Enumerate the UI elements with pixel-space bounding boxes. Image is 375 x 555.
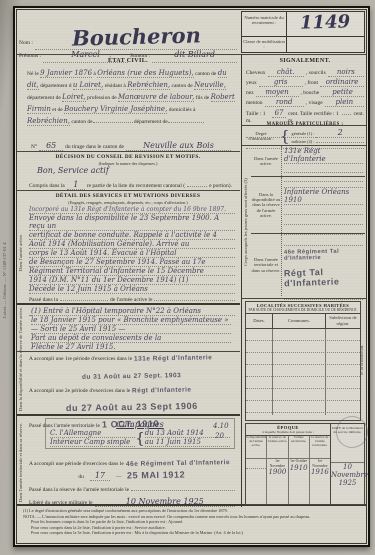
value-domicile: Rebréchien,: [27, 117, 70, 126]
compris-line: Compris dans la 1 re partie de la liste …: [29, 180, 233, 190]
tirage-no-label: N°: [31, 144, 37, 151]
taille-value: 67: [272, 109, 286, 118]
service-line: Décédé le 12 Juin 1915 à Orléans: [29, 285, 235, 294]
label-dept3: département de: [134, 119, 168, 125]
passe-blank-1: [60, 294, 108, 301]
campagnes-margin-2: 20: [215, 432, 224, 440]
campagne-1: C. l'Allemagne: [50, 429, 135, 438]
localites-empty-row: [246, 353, 360, 365]
label-ne: Né le: [27, 71, 39, 77]
blank-canton3: [93, 116, 133, 123]
decision-title: DÉCISION DU CONSEIL DE REVISION ET MOTIF…: [15, 154, 241, 160]
periode2-corps-stamp: Régt d'Infanterie: [132, 386, 192, 394]
degre-block: Degré d'instruction : { générale (1) : 2…: [244, 127, 364, 145]
etat-civil-title: ÉTAT CIVIL.: [15, 58, 241, 64]
degre-militaire-label: militaire (2) :: [292, 139, 315, 144]
front-value: ordinaire: [320, 78, 364, 87]
margin-territoriale: Dans l'armée territoriale et dans sa rés…: [18, 420, 23, 504]
corps-active-label: Dans l'armée active.: [251, 146, 282, 176]
corps-territoriale-label: Dans l'armée territoriale et dans sa rés…: [251, 234, 282, 296]
services-divider: [17, 190, 240, 191]
periode2-label: A accompli une 2e période d'exercices da…: [29, 388, 130, 395]
label-etde: et de: [52, 107, 63, 113]
epoque-col1-header: la disponibilité de l'armée active.: [246, 436, 266, 459]
sourcils-value: noirs: [328, 68, 364, 77]
tirage-text: du tirage dans le canton de: [65, 144, 124, 151]
menton-value: rond: [265, 98, 304, 107]
tirage-no: 65: [39, 141, 63, 151]
column-divider: [241, 54, 242, 507]
localites-empty-row: [246, 341, 360, 353]
corps-territoriale-stamp-2: Régt Tal d'Infanterie: [284, 266, 364, 289]
localites-table: LOCALITÉS SUCCESSIVES HABITÉES PAR SUITE…: [245, 301, 361, 421]
value-dept2: Loiret,: [62, 93, 86, 102]
footnote: Pour ceux compris dans la 3e liste, l'in…: [23, 530, 361, 536]
degre-divider: [242, 125, 366, 126]
blank-row: [284, 164, 363, 173]
header-left: Nom : Boucheron Prénoms : Marcel Surnom …: [19, 12, 237, 52]
fiche-matricule: Nom : Boucheron Prénoms : Marcel Surnom …: [13, 6, 370, 547]
etat-civil-paragraph: Né le 9 Janvier 1876 à Orléans (rue des …: [27, 68, 235, 128]
label-de: de: [211, 71, 216, 77]
service-line: certificat de bonne conduite. Rappelé à …: [29, 231, 235, 240]
campagnes-divider: [17, 414, 240, 416]
hopital-line: (1) Entré à l'Hôpital temporaire N°22 à …: [31, 307, 231, 316]
matricule-value: 1149: [300, 11, 351, 33]
periode3-date1: 17: [90, 471, 110, 481]
value-profession: Manœuvre de labour,: [118, 93, 194, 102]
periode3-block: A accompli une période d'exercices dans …: [29, 460, 235, 507]
corps-reserve-label: Dans la disponibilité ou dans la réserve…: [251, 177, 282, 233]
header-divider: [17, 54, 366, 55]
taille-rect-blank: [342, 108, 351, 115]
front-label: , front: [305, 80, 318, 87]
matricule-label: Numéro matricule du recrutement :: [242, 12, 287, 36]
periode1-corps-stamp: 131e Régt d'Infanterie: [134, 354, 212, 362]
campagnes-title: Campagnes: [50, 420, 230, 429]
value-canton2: Neuville,: [194, 81, 226, 90]
decision-value: Bon, Service actif: [37, 166, 109, 175]
label-residant: résidant à: [105, 83, 126, 89]
epoque-col2-printed: 1er Novembre: [267, 459, 287, 468]
localites-top-divider: [242, 298, 366, 299]
service-line: 1914 (D.M. N°11 du 1er Décembre 1914) (1…: [29, 276, 235, 285]
services-title: DÉTAIL DES SERVICES ET MUTATIONS DIVERSE…: [15, 193, 241, 199]
label-dept2: département: [27, 95, 54, 101]
corps-margin-label: Corps auxquels les jeunes gens sont affe…: [243, 148, 248, 296]
compris-value: 1: [67, 180, 85, 190]
periode3-label: A accompli une période d'exercices dans …: [29, 461, 124, 468]
localites-strip-label: N° de la subdivision.: [361, 304, 365, 416]
epoque-col3-header: l'armée territoriale.: [289, 436, 309, 459]
value-dept: u Loiret,: [73, 81, 103, 90]
label-dept: département d: [40, 83, 71, 89]
localites-col-communes: Communes.: [273, 314, 326, 328]
compris-label-3: e portion).: [209, 183, 232, 190]
epoque-date-value-1: 10 Novembre: [331, 463, 364, 479]
campagnes-brace: {: [135, 429, 145, 447]
passe-blank-2: [154, 294, 235, 301]
classe-value: [287, 37, 364, 52]
signalement-title: SIGNALEMENT.: [242, 58, 368, 64]
corps-block: Dans l'armée active. 131e Régt d'Infante…: [251, 146, 365, 296]
localites-col-dates: Dates.: [246, 314, 273, 328]
localites-empty-row: [246, 329, 360, 341]
margin-disponibilite: Dans la disponibilité et dans la réserve…: [18, 306, 23, 412]
compris-blank: [187, 180, 207, 187]
epoque-col2-header: la réserve de l'armée active.: [267, 436, 287, 459]
degre-militaire-blank: [316, 136, 364, 143]
blank-row: [284, 205, 363, 215]
yeux-value: gris: [259, 78, 303, 87]
service-line: Régiment Territorial d'Infanterie le 15 …: [29, 267, 235, 276]
tirage-line: N° 65 du tirage dans le canton de Neuvil…: [31, 141, 231, 151]
nez-value: moyen: [256, 88, 299, 97]
hopital-divider: [17, 303, 240, 305]
periode3-date2-stamp: 25 MAI 1912: [127, 469, 185, 480]
menton-label: menton: [246, 100, 263, 107]
label-a: à: [93, 71, 95, 77]
corps-active-value: 131e Régt d'Infanterie: [284, 147, 363, 164]
scan-margin-note: Loiret. — Orléans. — N° 1149-137-M. 4: [2, 150, 7, 410]
cheveux-label: Cheveux: [246, 70, 266, 77]
footnotes: (1) Le degré d'instruction générale sera…: [23, 508, 361, 536]
bouche-label: , bouche: [301, 90, 320, 97]
margin-armee-active: Dans l'armée active.: [18, 208, 23, 296]
reserve-territoriale-label: Passé dans la réserve de l'armée territo…: [29, 487, 129, 494]
blank-row: [284, 236, 363, 246]
value-mere: Bouchery Virginie Joséphine,: [64, 105, 167, 114]
periode3-du: du: [78, 474, 84, 481]
scanned-page: Loiret. — Orléans. — N° 1149-137-M. 4 No…: [0, 0, 375, 555]
reserve-territoriale-blank: [131, 484, 235, 491]
campagne-2: Intérieur Camp simple: [50, 438, 135, 447]
epoque-col4-header: la réserve de l'armée territoriale.: [310, 436, 330, 459]
hopital-line: — Sorti le 25 Avril 1915 —: [31, 325, 231, 334]
periode3-corps-stamp: 46e Régiment Tal d'Infanterie: [126, 459, 230, 468]
periode3-dash: —: [116, 474, 122, 481]
epoque-col4-value: 1916: [310, 468, 330, 476]
service-line: de Besançon le 27 Septembre 1914. Passé …: [29, 258, 235, 267]
epoque-col3-value: 1910: [289, 464, 309, 472]
epoque-col4-printed: 1er Novembre: [310, 459, 330, 468]
cheveux-value: chât.: [268, 68, 304, 77]
localites-empty-row: [246, 389, 360, 401]
epoque-col1-blank: [246, 459, 266, 469]
periode1-label: A accompli une 1re période d'exercices d…: [29, 356, 132, 363]
value-lieu-naissance: Orléans (rue des Huguets),: [97, 69, 193, 78]
degre-label: Degré d'instruction :: [244, 131, 278, 142]
header-matricule-box: Numéro matricule du recrutement : 1149 C…: [241, 11, 365, 53]
epoque-table: ÉPOQUE à laquelle l'homme doit passer da…: [245, 423, 365, 505]
hopital-note: (1) Entré à l'Hôpital temporaire N°22 à …: [31, 307, 231, 352]
sourcils-label: , sourcils: [306, 70, 326, 77]
corps-territoriale-stamp-1: 46e Régiment Tal d'Infanterie: [284, 248, 363, 261]
yeux-label: yeux: [246, 80, 257, 87]
hopital-line: le 18 Janvier 1915 pour « Bronchite emph…: [31, 316, 231, 325]
localites-empty-row: [246, 401, 360, 413]
blank-row: [284, 178, 363, 188]
label-canton3: canton de: [71, 119, 92, 125]
service-line: Incorporé au 131e Régt d'Infanterie à co…: [29, 206, 235, 214]
service-line: corps le 13 Août 1914. Évacué à l'Hôpita…: [29, 249, 235, 258]
hopital-line: Part au dépôt de convalescents de la: [31, 334, 231, 343]
label-domicilies: domiciliés à: [169, 107, 196, 113]
localites-rows: [246, 329, 360, 415]
service-line: Envoyé dans la disponibilité le 23 Septe…: [29, 214, 235, 231]
classe-label: Classe de mobilisation :: [242, 37, 287, 52]
epoque-date-value-2: 1925: [331, 479, 364, 487]
compris-label-2: re partie de la liste du recrutement can…: [87, 183, 185, 190]
localites-empty-row: [246, 365, 360, 377]
degre-brace: {: [280, 127, 290, 145]
epoque-subtitle: à laquelle l'homme doit passer dans :: [246, 430, 330, 434]
bouche-value: petite: [321, 88, 364, 97]
taille-cent2-label: cent.: [353, 111, 364, 118]
decision-divider: [17, 151, 240, 152]
epoque-col2-value: 1900: [267, 468, 287, 476]
service-line: Août 1914 (Mobilisation Générale). Arriv…: [29, 240, 235, 249]
visage-value: plein: [325, 98, 364, 107]
periode1-dates-stamp: du 31 Août au 27 Sept. 1903: [82, 372, 181, 381]
localites-col-subdivision: Subdivision de région.: [326, 314, 360, 328]
tirage-canton: Neuville aux Bois: [126, 141, 231, 151]
campagnes-margin-1: 4.10: [213, 422, 229, 430]
degre-generale-label: générale (1) :: [292, 131, 315, 136]
localites-title-2: PAR SUITE DE CHANGEMENTS DE DOMICILE OU …: [246, 308, 360, 312]
periode2-dates-stamp: du 27 Août au 23 Sept 1906: [66, 401, 198, 413]
blank-row: [284, 215, 363, 225]
label-canton2: canton de: [172, 83, 193, 89]
periodes-divider: [17, 351, 240, 352]
localites-vline-2: [325, 329, 326, 415]
label-canton: canton: [195, 71, 210, 77]
value-residence: Rebréchien,: [127, 81, 170, 90]
label-de2: de: [56, 95, 61, 101]
blank-dept3: [168, 116, 204, 123]
localites-vline-1: [272, 329, 273, 415]
campagnes-block: Campagnes C. l'Allemagne Intérieur Camp …: [45, 418, 235, 449]
visage-label: , visage: [306, 100, 323, 107]
corps-reserve-value: Infanterie Orléans 1910: [284, 188, 363, 205]
value-date-naissance: 9 Janvier 1876: [40, 69, 92, 78]
label-profession: profession de: [87, 95, 116, 101]
localites-empty-row: [246, 377, 360, 389]
services-subtitle: (Engagés, rengagés, remplaçants, dispens…: [15, 200, 241, 205]
label-fils: fils de: [196, 95, 210, 101]
compris-label-1: Compris dans la: [29, 183, 65, 190]
nez-label: nez: [246, 90, 254, 97]
